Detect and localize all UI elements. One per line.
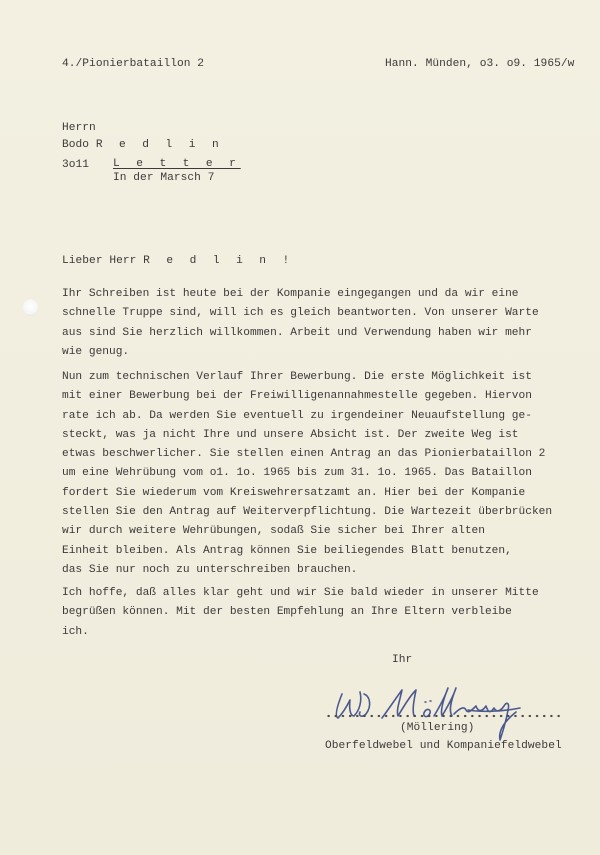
greeting-name: R e d l i n ! [143,255,294,267]
handwritten-signature [330,682,540,744]
body-line: fordert Sie wiederum vom Kreiswehrersatz… [62,484,582,503]
body-line: wie genug. [62,343,582,362]
recipient-last-name: R e d l i n [96,139,224,151]
typed-signatory-name: (Möllering) [400,722,474,734]
body-line: stellen Sie den Antrag auf Weiterverpfli… [62,503,582,522]
recipient-first-name: Bodo [62,139,89,151]
greeting-prefix: Lieber Herr [62,255,143,267]
body-line: rate ich ab. Da werden Sie eventuell zu … [62,407,582,426]
place-date: Hann. Münden, o3. o9. 1965/w [385,58,574,70]
body-line: Ihr Schreiben ist heute bei der Kompanie… [62,285,582,304]
body-line: schnelle Truppe sind, will ich es gleich… [62,304,582,323]
body-line: wir durch weitere Wehrübungen, sodaß Sie… [62,522,582,541]
body-paragraph-3: Ich hoffe, daß alles klar geht und wir S… [62,584,582,642]
body-line: ich. [62,623,582,642]
body-line: steckt, was ja nicht Ihre und unsere Abs… [62,426,582,445]
body-line: begrüßen können. Mit der besten Empfehlu… [62,603,582,622]
punch-hole [23,299,38,316]
body-paragraph-2: Nun zum technischen Verlauf Ihrer Bewerb… [62,368,582,580]
body-line: das Sie nur noch zu unterschreiben brauc… [62,561,582,580]
body-line: um eine Wehrübung vom o1. 1o. 1965 bis z… [62,464,582,483]
body-line: Ich hoffe, daß alles klar geht und wir S… [62,584,582,603]
recipient-street: In der Marsch 7 [113,172,214,184]
recipient-town: L e t t e r [113,158,241,170]
recipient-name: Bodo R e d l i n [62,139,224,151]
greeting: Lieber Herr R e d l i n ! [62,255,294,267]
body-line: mit einer Bewerbung bei der Freiwilligen… [62,387,582,406]
sender-unit: 4./Pionierbataillon 2 [62,58,204,70]
body-line: Nun zum technischen Verlauf Ihrer Bewerb… [62,368,582,387]
body-line: Einheit bleiben. Als Antrag können Sie b… [62,542,582,561]
recipient-postal-code: 3o11 [62,159,89,171]
signature-dotted-line [325,714,563,718]
body-paragraph-1: Ihr Schreiben ist heute bei der Kompanie… [62,285,582,362]
signatory-title: Oberfeldwebel und Kompaniefeldwebel [325,740,562,752]
recipient-salutation: Herrn [62,122,96,134]
body-line: aus sind Sie herzlich willkommen. Arbeit… [62,324,582,343]
valediction: Ihr [392,654,412,666]
body-line: etwas beschwerlicher. Sie stellen einen … [62,445,582,464]
